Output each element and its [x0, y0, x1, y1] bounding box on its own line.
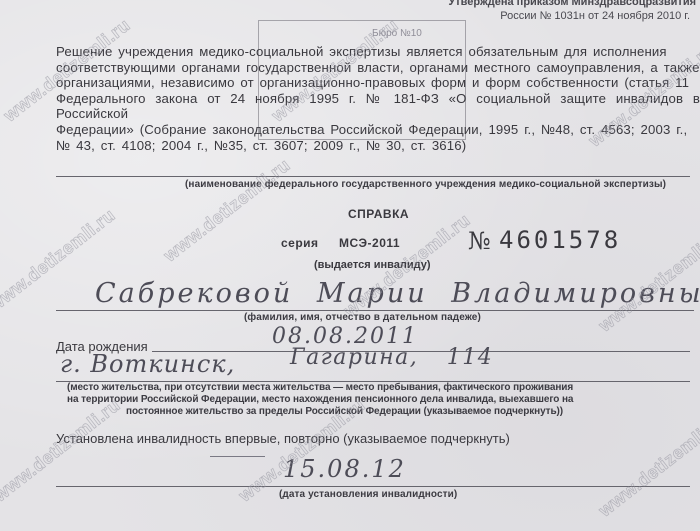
address-caption-line-3: постоянное жительство за пределы Российс… — [126, 406, 563, 419]
disability-date-caption: (дата установления инвалидности) — [279, 489, 457, 500]
approval-line-1: Утверждена приказом Минздравсоцразвития — [448, 0, 696, 9]
issued-to-note: (выдается инвалиду) — [314, 259, 431, 271]
disability-established-label: Установлена инвалидность впервые, повтор… — [56, 431, 510, 446]
address-caption-line-1: (место жительства, при отсутствии места … — [67, 382, 573, 395]
certificate-title: СПРАВКА — [348, 207, 409, 221]
intro-paragraph: Решение учреждения медико-социальной экс… — [56, 44, 700, 153]
name-line — [56, 310, 694, 311]
series-value: МСЭ-2011 — [339, 236, 400, 250]
institution-caption: (наименование федерального государственн… — [185, 179, 666, 190]
address-street: Гагарина, 114 — [290, 345, 493, 370]
certificate-number: 4601578 — [499, 226, 621, 254]
watermark: www.detizemli.ru — [0, 395, 124, 507]
approval-line-2: России № 1031н от 24 ноября 2010 г. — [448, 9, 696, 23]
stamp-text: Бюро №10 — [372, 28, 422, 39]
disability-date: 15.08.12 — [283, 455, 406, 483]
name-caption: (фамилия, имя, отчество в дательном паде… — [244, 312, 481, 323]
institution-line — [56, 176, 690, 177]
document-page: Утверждена приказом Минздравсоцразвития … — [0, 0, 700, 531]
address-caption-line-2: на территории Российской Федерации, мест… — [67, 394, 573, 407]
watermark: www.detizemli.ru — [160, 155, 295, 267]
approval-note: Утверждена приказом Минздравсоцразвития … — [448, 0, 696, 23]
disability-date-line — [56, 486, 690, 487]
handwritten-dash — [210, 456, 265, 457]
address-city: г. Воткинск, — [60, 350, 235, 378]
recipient-name: Сабрековой Марии Владимировны — [95, 278, 700, 309]
series-label: серия — [281, 236, 319, 250]
number-sign: № — [468, 227, 491, 255]
watermark: www.detizemli.ru — [595, 410, 700, 522]
